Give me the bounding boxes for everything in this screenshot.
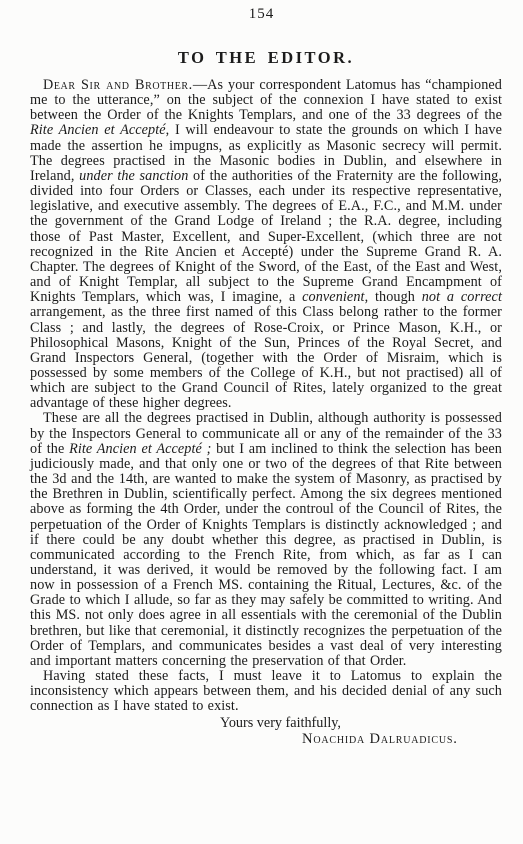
letter-heading: TO THE EDITOR.	[30, 48, 502, 68]
letter-body: Dear Sir and Brother.—As your correspond…	[30, 78, 502, 715]
text-segment: convenient	[302, 289, 364, 305]
text-segment: of the authorities of the Fraternity are…	[30, 168, 502, 305]
text-segment: Rite Ancien et Accepté ;	[69, 441, 211, 457]
scanned-page: 154 TO THE EDITOR. Dear Sir and Brother.…	[0, 0, 523, 844]
text-segment: but I am inclined to think the selection…	[30, 441, 502, 669]
text-segment: Dear Sir and Brother.	[43, 77, 193, 93]
letter-paragraph: Dear Sir and Brother.—As your correspond…	[30, 78, 502, 411]
text-segment: not a correct	[422, 289, 502, 305]
letter-signature: Noachida Dalruadicus.	[30, 731, 502, 747]
text-segment: , though	[365, 289, 422, 305]
text-segment: under the sanction	[79, 168, 188, 184]
letter-paragraph: These are all the degrees practised in D…	[30, 411, 502, 669]
letter-closing: Yours very faithfully,	[30, 716, 502, 732]
text-segment: arrangement, as the three first named of…	[30, 304, 502, 411]
letter-paragraph: Having stated these facts, I must leave …	[30, 669, 502, 714]
page-number: 154	[30, 6, 493, 23]
text-segment: Having stated these facts, I must leave …	[30, 668, 502, 714]
text-segment: Rite Ancien et Accepté	[30, 122, 166, 138]
